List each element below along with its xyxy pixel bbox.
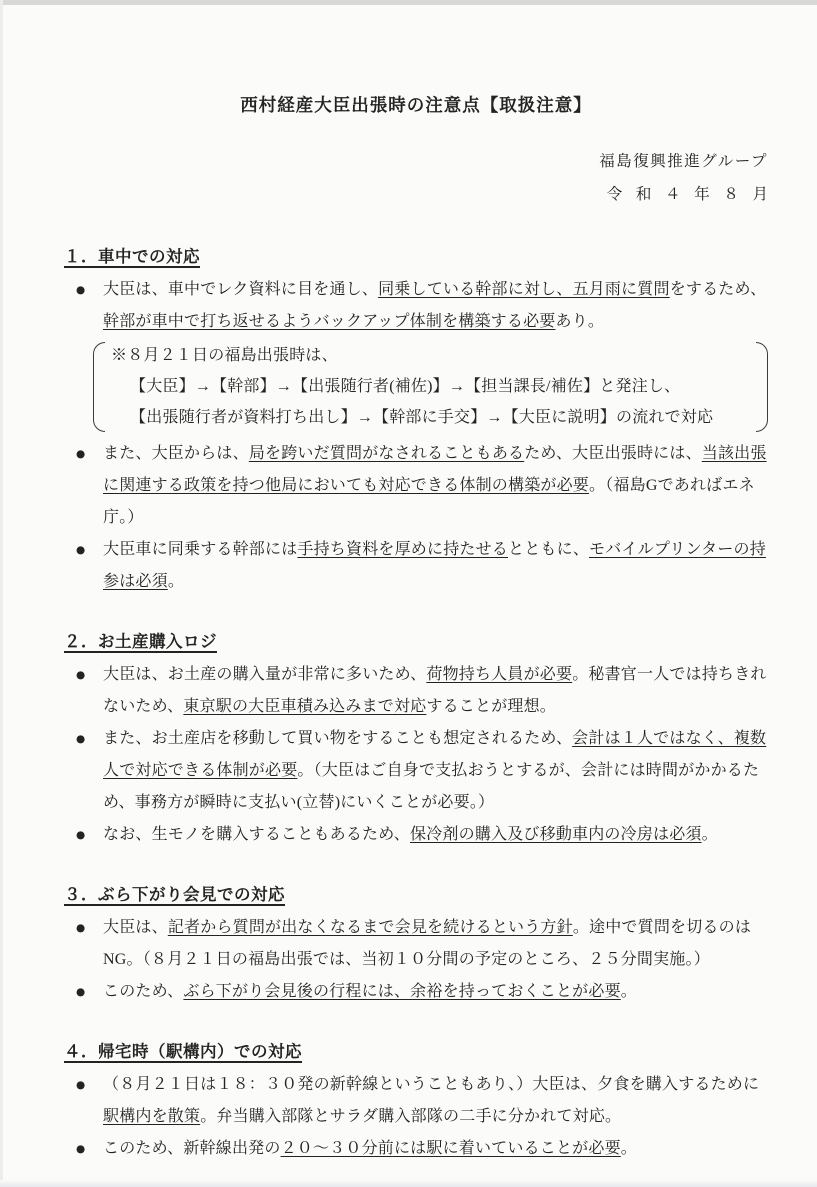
org-name: 福島復興推進グループ: [64, 151, 768, 172]
underlined-text: 保冷剤の購入及び移動車内の冷房は必須: [410, 826, 702, 843]
bullet-item: ● （８月２１日は１８：３０発の新幹線ということもあり、）大臣は、夕食を購入する…: [64, 1069, 768, 1133]
photo-edge-bottom: [0, 1180, 817, 1187]
text-segment: とともに、: [508, 541, 589, 558]
text-segment: 。: [621, 983, 637, 1000]
note-line: ※８月２１日の福島出張時は、: [111, 340, 752, 371]
text-segment: 。: [621, 1140, 637, 1157]
bullet-item: ● また、お土産店を移動して買い物をすることも想定されるため、会計は１人ではなく…: [64, 723, 768, 819]
process-flow-note: ※８月２１日の福島出張時は、 【大臣】→【幹部】→【出張随行者(補佐)】→【担当…: [93, 339, 768, 435]
bullet-item: ● このため、新幹線出発の２０～３０分前には駅に着いていることが必要。: [64, 1133, 768, 1165]
note-body: ※８月２１日の福島出張時は、 【大臣】→【幹部】→【出張随行者(補佐)】→【担当…: [105, 339, 756, 435]
note-item: ※８月２１日の福島出張時は、 【大臣】→【幹部】→【出張随行者(補佐)】→【担当…: [64, 339, 768, 435]
text-segment: をするため、: [670, 281, 767, 298]
left-bracket: [93, 342, 105, 432]
bullet-text: 大臣車に同乗する幹部には手持ち資料を厚めに持たせるとともに、モバイルプリンターの…: [103, 534, 768, 598]
bullet-text: このため、新幹線出発の２０～３０分前には駅に着いていることが必要。: [103, 1133, 768, 1165]
bullet-text: このため、ぶら下がり会見後の行程には、余裕を持っておくことが必要。: [103, 976, 768, 1008]
bullet-icon: ●: [64, 274, 103, 306]
underlined-text: 幹部が車中で打ち返せるようバックアップ体制を構築する必要: [103, 313, 555, 330]
underlined-text: ２０～３０分前には駅に着いていることが必要: [281, 1140, 621, 1157]
bullet-list: ● （８月２１日は１８：３０発の新幹線ということもあり、）大臣は、夕食を購入する…: [64, 1069, 768, 1165]
bullet-icon: ●: [64, 534, 103, 566]
underlined-text: 東京駅の大臣車積み込みまで対応: [183, 698, 426, 715]
text-segment: することが理想。: [426, 698, 556, 715]
bullet-icon: ●: [64, 659, 103, 691]
bullet-list: ● 大臣は、お土産の購入量が非常に多いため、荷物持ち人員が必要。秘書官一人では持…: [64, 659, 768, 851]
bullet-item: ● なお、生モノを購入することもあるため、保冷剤の購入及び移動車内の冷房は必須。: [64, 819, 768, 851]
bullet-item: ● また、大臣からは、局を跨いだ質問がなされることもあるため、大臣出張時には、当…: [64, 438, 768, 534]
right-bracket: [756, 342, 768, 432]
document-date: 令和４年８月: [64, 184, 782, 205]
text-segment: 大臣車に同乗する幹部には: [103, 541, 297, 558]
text-segment: また、大臣からは、: [103, 445, 249, 462]
bullet-icon: ●: [64, 1133, 103, 1165]
bullet-icon: ●: [64, 819, 103, 851]
text-segment: ため、大臣出張時には、: [524, 445, 702, 462]
section-heading: ３．ぶら下がり会見での対応: [64, 881, 768, 905]
document-title: 西村経産大臣出張時の注意点【取扱注意】: [64, 92, 768, 117]
text-segment: このため、新幹線出発の: [103, 1140, 281, 1157]
bullet-item: ● このため、ぶら下がり会見後の行程には、余裕を持っておくことが必要。: [64, 976, 768, 1008]
text-segment: あり。: [555, 313, 604, 330]
section-in-car-response: １．車中での対応 ● 大臣は、車中でレク資料に目を通し、同乗している幹部に対し、…: [64, 243, 768, 598]
bullet-text: なお、生モノを購入することもあるため、保冷剤の購入及び移動車内の冷房は必須。: [103, 819, 768, 851]
bullet-icon: ●: [64, 438, 103, 470]
photo-edge-left: [0, 0, 3, 1187]
section-heading: ２．お土産購入ロジ: [64, 628, 768, 652]
text-segment: 。: [168, 573, 184, 590]
bullet-icon: ●: [64, 976, 103, 1008]
text-segment: 大臣は、: [103, 919, 168, 936]
text-segment: 。: [702, 826, 718, 843]
underlined-text: 駅構内を散策: [103, 1108, 200, 1125]
underlined-text: 手持ち資料を厚めに持たせる: [297, 541, 508, 558]
bullet-text: 大臣は、車中でレク資料に目を通し、同乗している幹部に対し、五月雨に質問をするため…: [103, 274, 768, 338]
bullet-item: ● 大臣は、車中でレク資料に目を通し、同乗している幹部に対し、五月雨に質問をする…: [64, 274, 768, 338]
bullet-text: （８月２１日は１８：３０発の新幹線ということもあり、）大臣は、夕食を購入するため…: [103, 1069, 768, 1133]
header-right-block: 福島復興推進グループ 令和４年８月: [64, 151, 768, 205]
text-segment: また、お土産店を移動して買い物をすることも想定されるため、: [103, 730, 572, 747]
section-station-return: ４．帰宅時（駅構内）での対応 ● （８月２１日は１８：３０発の新幹線ということも…: [64, 1038, 768, 1165]
note-line: 【出張随行者が資料打ち出し】→【幹部に手交】→【大臣に説明】の流れで対応: [111, 402, 752, 433]
bullet-item: ● 大臣車に同乗する幹部には手持ち資料を厚めに持たせるとともに、モバイルプリンタ…: [64, 534, 768, 598]
text-segment: なお、生モノを購入することもあるため、: [103, 826, 410, 843]
section-press-gaggle: ３．ぶら下がり会見での対応 ● 大臣は、記者から質問が出なくなるまで会見を続ける…: [64, 881, 768, 1008]
note-line: 【大臣】→【幹部】→【出張随行者(補佐)】→【担当課長/補佐】と発注し、: [111, 371, 752, 402]
bullet-icon: ●: [64, 912, 103, 944]
bullet-icon: ●: [64, 723, 103, 755]
bullet-item: ● 大臣は、お土産の購入量が非常に多いため、荷物持ち人員が必要。秘書官一人では持…: [64, 659, 768, 723]
text-segment: このため、: [103, 983, 183, 1000]
section-souvenir-logistics: ２．お土産購入ロジ ● 大臣は、お土産の購入量が非常に多いため、荷物持ち人員が必…: [64, 628, 768, 851]
section-heading: １．車中での対応: [64, 243, 768, 267]
text-segment: （８月２１日は１８：３０発の新幹線ということもあり、）大臣は、夕食を購入するため…: [103, 1076, 759, 1093]
bullet-icon: ●: [64, 1069, 103, 1101]
underlined-text: 局を跨いだ質問がなされることもある: [249, 445, 524, 462]
text-segment: 大臣は、お土産の購入量が非常に多いため、: [103, 666, 426, 683]
underlined-text: ぶら下がり会見後の行程には、余裕を持っておくことが必要: [183, 983, 620, 1000]
bullet-text: 大臣は、お土産の購入量が非常に多いため、荷物持ち人員が必要。秘書官一人では持ちき…: [103, 659, 768, 723]
photo-edge-top: [0, 0, 817, 5]
section-heading: ４．帰宅時（駅構内）での対応: [64, 1038, 768, 1062]
bullet-item: ● 大臣は、記者から質問が出なくなるまで会見を続けるという方針。途中で質問を切る…: [64, 912, 768, 976]
bullet-text: 大臣は、記者から質問が出なくなるまで会見を続けるという方針。途中で質問を切るのは…: [103, 912, 768, 976]
bullet-list: ● 大臣は、記者から質問が出なくなるまで会見を続けるという方針。途中で質問を切る…: [64, 912, 768, 1008]
underlined-text: 荷物持ち人員が必要: [426, 666, 572, 683]
text-segment: 大臣は、車中でレク資料に目を通し、: [103, 281, 378, 298]
bullet-text: また、大臣からは、局を跨いだ質問がなされることもあるため、大臣出張時には、当該出…: [103, 438, 768, 534]
bullet-list: ● 大臣は、車中でレク資料に目を通し、同乗している幹部に対し、五月雨に質問をする…: [64, 274, 768, 598]
underlined-text: 記者から質問が出なくなるまで会見を続けるという方針: [168, 919, 573, 936]
text-segment: 。弁当購入部隊とサラダ購入部隊の二手に分かれて対応。: [200, 1108, 621, 1125]
document-page: 西村経産大臣出張時の注意点【取扱注意】 福島復興推進グループ 令和４年８月 １．…: [0, 0, 817, 1187]
underlined-text: 同乗している幹部に対し、五月雨に質問: [378, 281, 670, 298]
bullet-text: また、お土産店を移動して買い物をすることも想定されるため、会計は１人ではなく、複…: [103, 723, 768, 819]
